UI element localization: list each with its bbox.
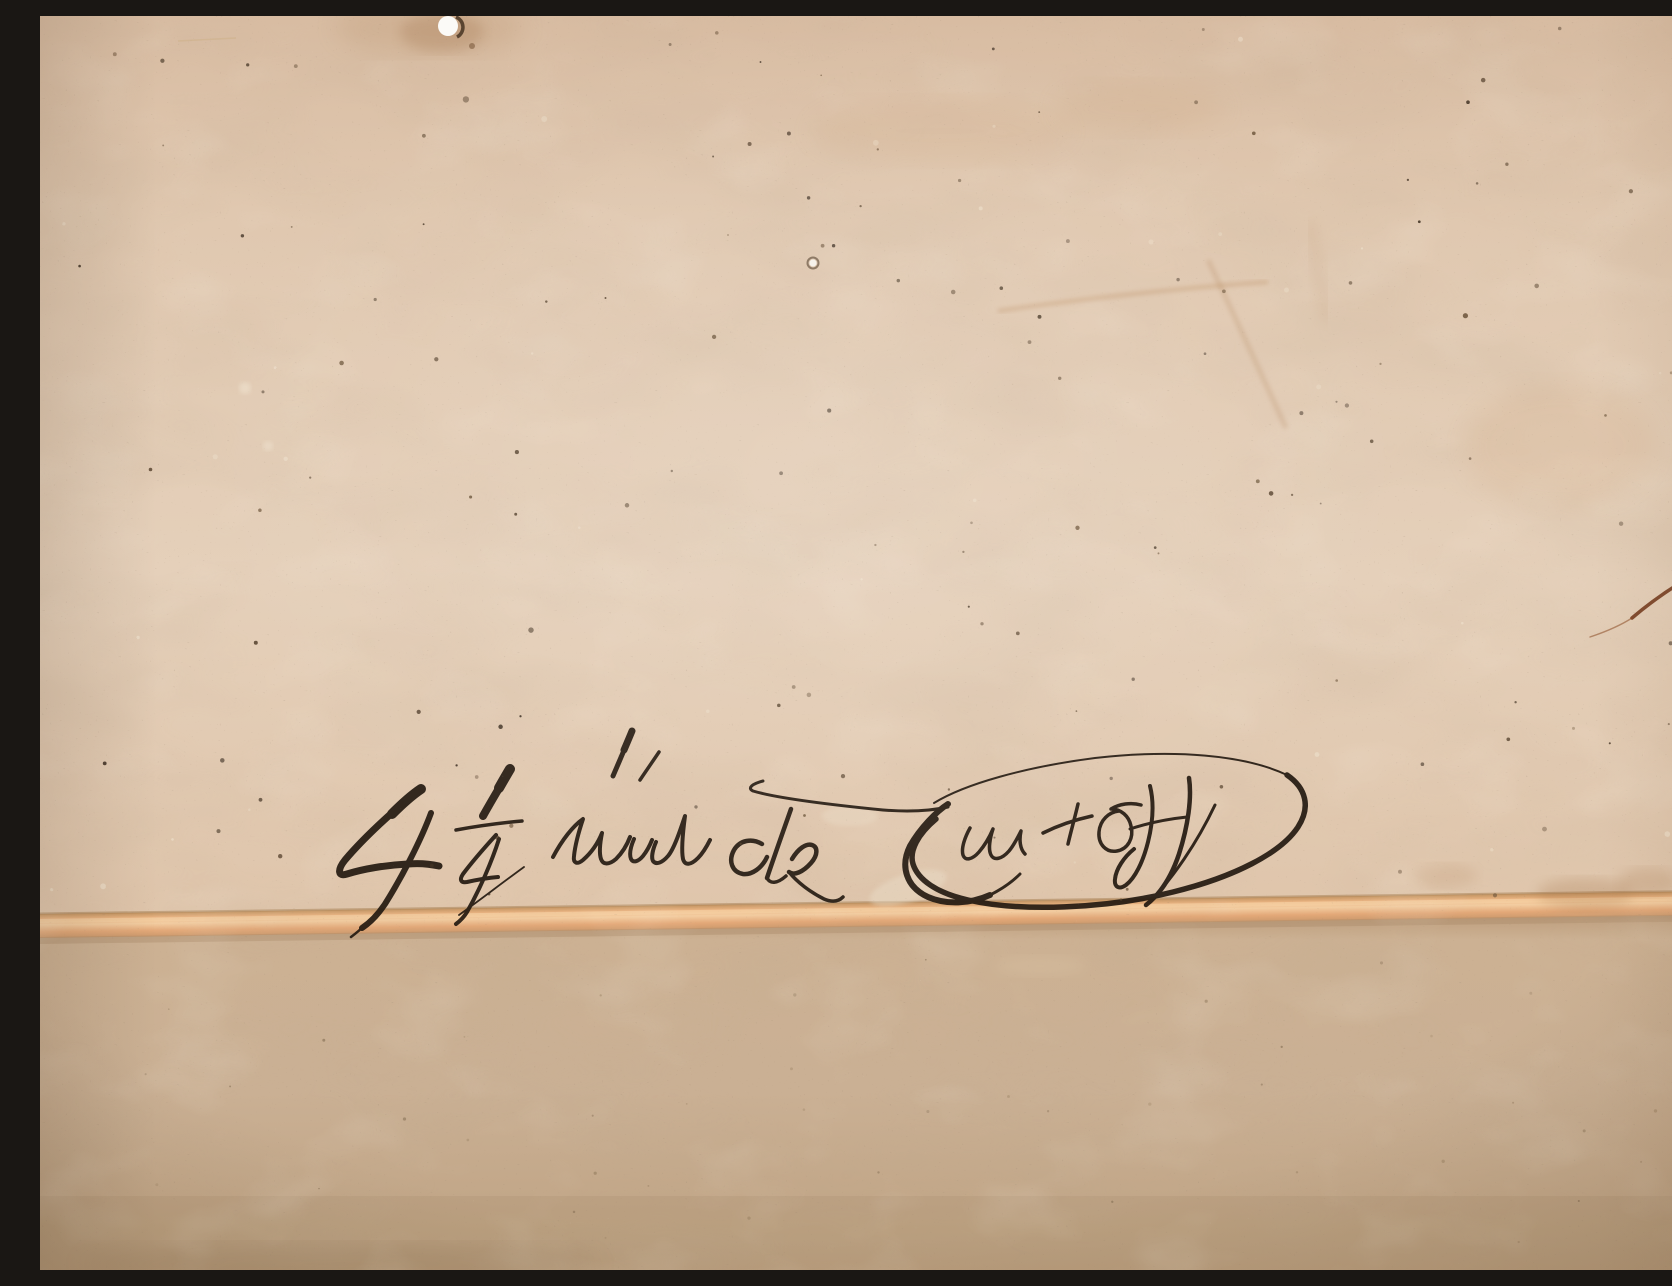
edge-shading	[40, 16, 1672, 1270]
photo-canvas	[40, 16, 1672, 1270]
photograph: 4¼″ wide (cut off)	[40, 16, 1672, 1270]
